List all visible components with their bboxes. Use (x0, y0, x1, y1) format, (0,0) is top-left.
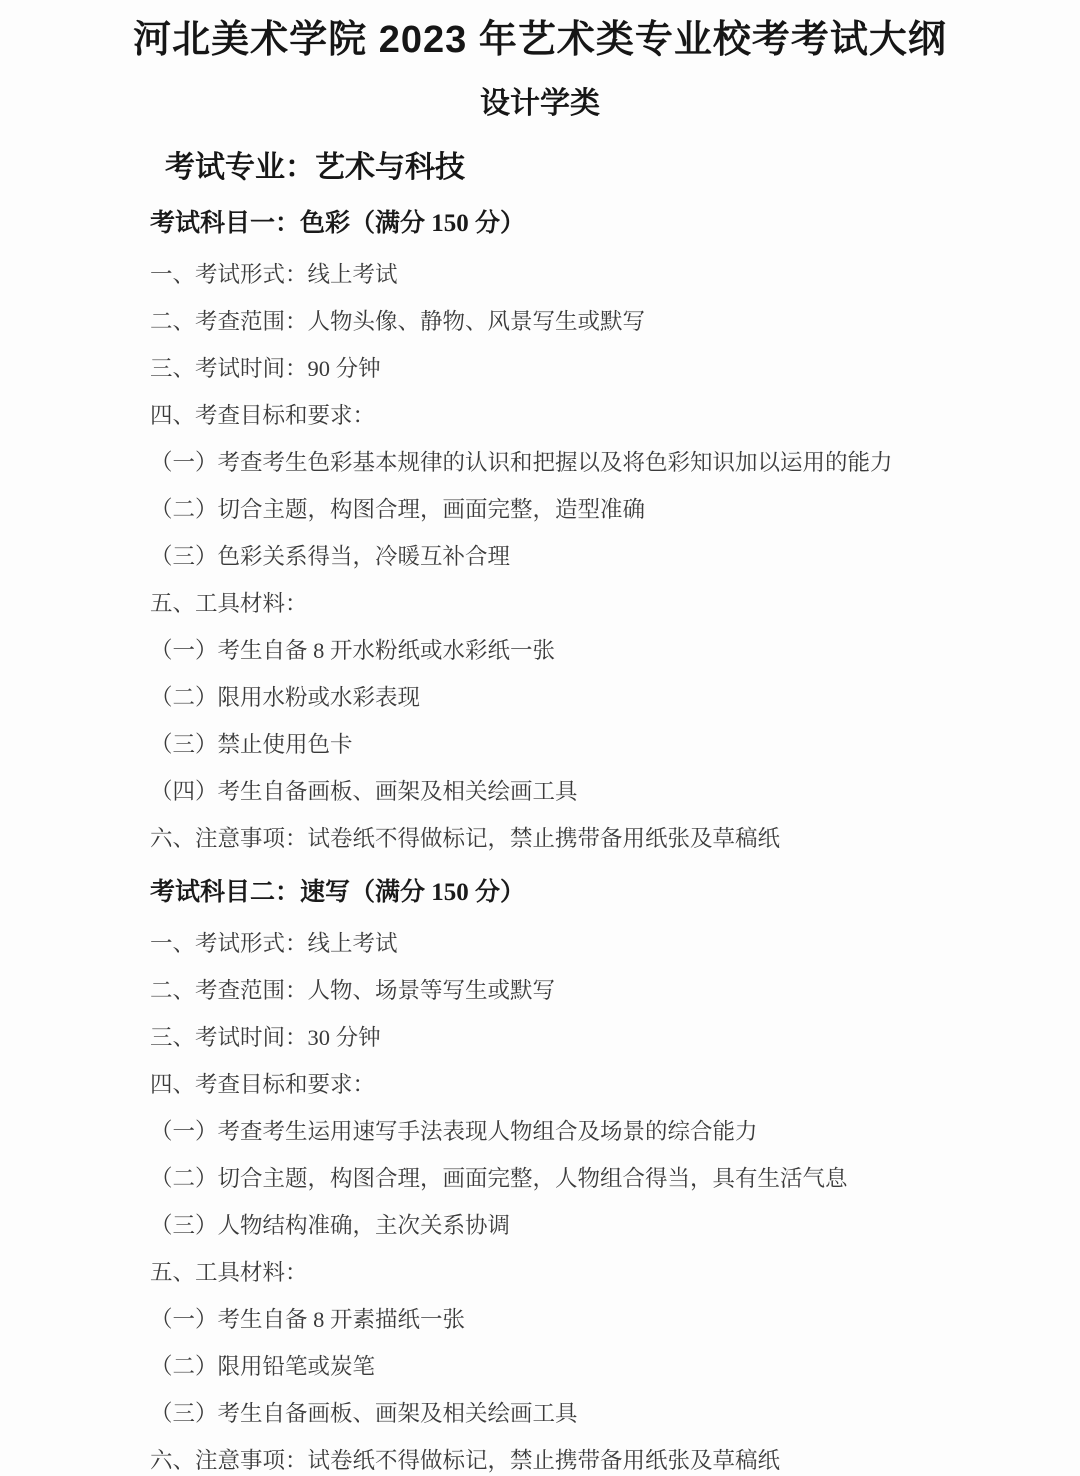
subject-1-line-objective-1: （一）考查考生色彩基本规律的认识和把握以及将色彩知识加以运用的能力 (150, 439, 1000, 486)
subject-2-line-material-3: （三）考生自备画板、画架及相关绘画工具 (150, 1390, 1000, 1437)
subject-2-line-exam-duration: 三、考试时间：30 分钟 (150, 1014, 1000, 1061)
subject-1-line-exam-scope: 二、考查范围：人物头像、静物、风景写生或默写 (150, 298, 1000, 345)
subject-2-line-objectives-label: 四、考查目标和要求： (150, 1061, 1000, 1108)
subject-1-line-exam-form: 一、考试形式：线上考试 (150, 251, 1000, 298)
subject-2-line-notes: 六、注意事项：试卷纸不得做标记，禁止携带备用纸张及草稿纸 (150, 1437, 1000, 1476)
subject-1-line-materials-label: 五、工具材料： (150, 580, 1000, 627)
subject-section-2: 考试科目二：速写（满分 150 分） 一、考试形式：线上考试 二、考查范围：人物… (150, 874, 1000, 1476)
subject-1-line-material-3: （三）禁止使用色卡 (150, 721, 1000, 768)
subject-1-line-material-4: （四）考生自备画板、画架及相关绘画工具 (150, 768, 1000, 815)
subject-2-line-materials-label: 五、工具材料： (150, 1249, 1000, 1296)
subject-2-line-material-1: （一）考生自备 8 开素描纸一张 (150, 1296, 1000, 1343)
subject-2-heading: 考试科目二：速写（满分 150 分） (150, 874, 1000, 912)
subject-2-line-material-2: （二）限用铅笔或炭笔 (150, 1343, 1000, 1390)
subject-section-1: 考试科目一：色彩（满分 150 分） 一、考试形式：线上考试 二、考查范围：人物… (150, 205, 1000, 862)
subject-1-line-material-2: （二）限用水粉或水彩表现 (150, 674, 1000, 721)
document-title: 河北美术学院 2023 年艺术类专业校考考试大纲 (0, 0, 1080, 65)
document-page: 河北美术学院 2023 年艺术类专业校考考试大纲 设计学类 考试专业：艺术与科技… (0, 0, 1080, 1476)
subject-1-heading: 考试科目一：色彩（满分 150 分） (150, 205, 1000, 243)
subject-2-line-exam-form: 一、考试形式：线上考试 (150, 920, 1000, 967)
subject-1-line-objective-2: （二）切合主题，构图合理，画面完整，造型准确 (150, 486, 1000, 533)
subject-2-line-objective-2: （二）切合主题，构图合理，画面完整，人物组合得当，具有生活气息 (150, 1155, 1000, 1202)
subject-1-line-exam-duration: 三、考试时间：90 分钟 (150, 345, 1000, 392)
subject-1-line-objectives-label: 四、考查目标和要求： (150, 392, 1000, 439)
exam-major-heading: 考试专业：艺术与科技 (165, 147, 1080, 189)
subject-2-line-objective-1: （一）考查考生运用速写手法表现人物组合及场景的综合能力 (150, 1108, 1000, 1155)
subject-1-line-objective-3: （三）色彩关系得当，冷暖互补合理 (150, 533, 1000, 580)
subject-1-line-material-1: （一）考生自备 8 开水粉纸或水彩纸一张 (150, 627, 1000, 674)
document-subtitle: 设计学类 (0, 83, 1080, 125)
subject-1-line-notes: 六、注意事项：试卷纸不得做标记，禁止携带备用纸张及草稿纸 (150, 815, 1000, 862)
subject-2-line-exam-scope: 二、考查范围：人物、场景等写生或默写 (150, 967, 1000, 1014)
subject-2-line-objective-3: （三）人物结构准确，主次关系协调 (150, 1202, 1000, 1249)
